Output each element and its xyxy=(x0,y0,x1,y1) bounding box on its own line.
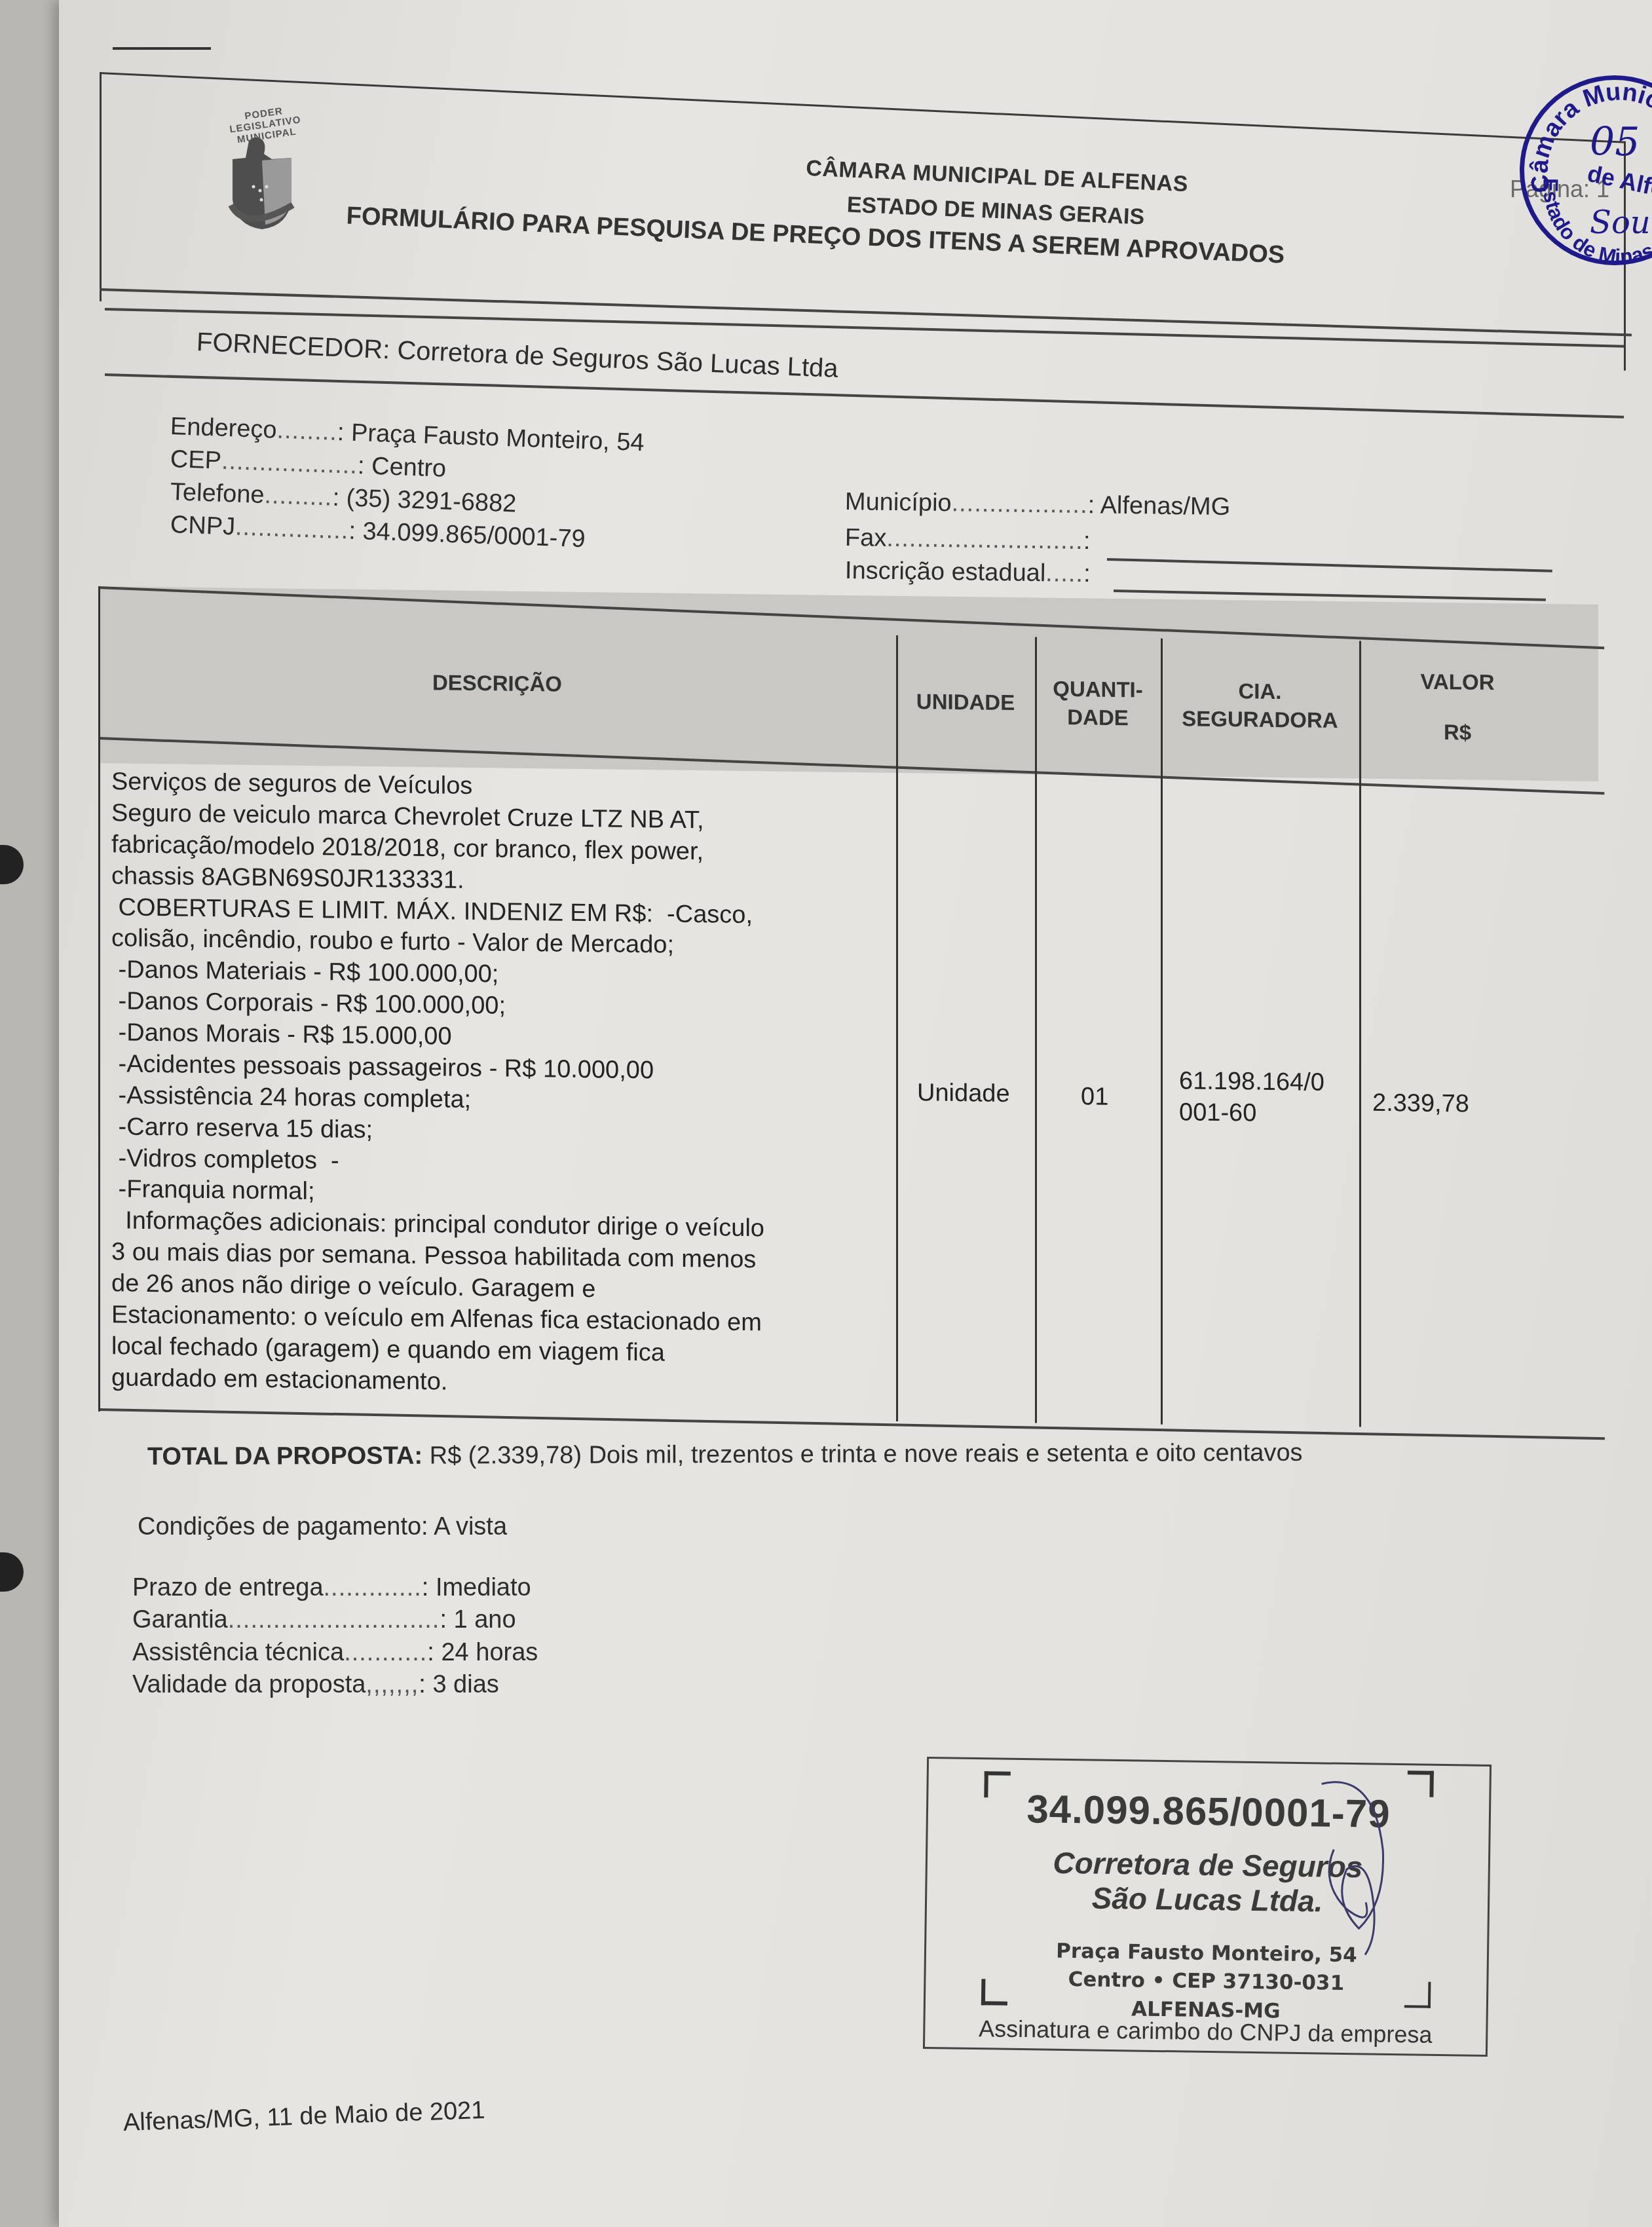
item-cia-cnpj: 61.198.164/0001-60 xyxy=(1179,1066,1324,1130)
payment-value: A vista xyxy=(434,1513,507,1541)
cnpj-value: 34.099.865/0001-79 xyxy=(362,517,586,553)
item-quantidade: 01 xyxy=(1081,1081,1108,1113)
table-left-border xyxy=(98,586,100,1412)
item-valor: 2.339,78 xyxy=(1372,1088,1469,1120)
field-municipio: Município..................: Alfenas/MG xyxy=(845,488,1231,521)
field-cnpj: CNPJ...............: 34.099.865/0001-79 xyxy=(170,511,586,553)
cep-value: Centro xyxy=(371,453,446,483)
header-quantidade: QUANTI-DADE xyxy=(1035,675,1161,732)
company-stamp-box: 34.099.865/0001-79 Corretora de Seguros … xyxy=(923,1757,1492,2057)
proposal-total: TOTAL DA PROPOSTA: R$ (2.339,78) Dois mi… xyxy=(147,1439,1303,1471)
proposal-terms: Prazo de entrega.............: Imediato … xyxy=(132,1572,538,1702)
field-fax: Fax..........................: xyxy=(845,524,1091,555)
item-unidade: Unidade xyxy=(917,1077,1010,1110)
municipio-value: Alfenas/MG xyxy=(1100,491,1230,521)
seal-signature: Sou xyxy=(1590,204,1651,241)
col-divider-quantidade xyxy=(1035,637,1037,1423)
total-value: R$ (2.339,78) Dois mil, trezentos e trin… xyxy=(430,1439,1303,1470)
top-dash-mark xyxy=(113,47,211,50)
col-divider-cia xyxy=(1161,639,1163,1425)
supplier-line: FORNECEDOR: Corretora de Seguros São Luc… xyxy=(196,327,838,384)
header-valor: VALORR$ xyxy=(1359,667,1556,748)
binder-hole-bottom xyxy=(0,1552,24,1592)
term-validade-proposta: Validade da proposta,,,,,,,: 3 dias xyxy=(132,1669,538,1701)
table-bottom-rule xyxy=(98,1408,1605,1440)
seal-page-number: 05 xyxy=(1590,119,1640,165)
supplier-name: Corretora de Seguros São Lucas Ltda xyxy=(397,336,839,383)
total-label: TOTAL DA PROPOSTA: xyxy=(147,1442,422,1470)
fax-blank-line xyxy=(1107,558,1552,572)
payment-conditions: Condições de pagamento: A vista xyxy=(138,1513,507,1541)
supplier-label: FORNECEDOR: xyxy=(196,327,390,364)
header-cia-seguradora: CIA.SEGURADORA xyxy=(1161,677,1359,735)
shield-icon xyxy=(226,134,298,233)
items-table: DESCRIÇÃO UNIDADE QUANTI-DADE CIA.SEGURA… xyxy=(98,586,1598,1430)
col-divider-unidade xyxy=(896,635,898,1421)
term-prazo-entrega: Prazo de entrega.............: Imediato xyxy=(132,1572,538,1604)
item-description: Serviços de seguros de VeículosSeguro de… xyxy=(111,766,891,1403)
header-unidade: UNIDADE xyxy=(896,688,1035,717)
municipal-seal: Câmara Municipal Estado de Minas Gerais … xyxy=(1520,75,1652,265)
signature-scribble-icon xyxy=(1293,1770,1407,1962)
field-cep: CEP..................: Centro xyxy=(170,445,447,483)
fornecedor-bottom-rule xyxy=(105,373,1624,419)
col-divider-valor xyxy=(1359,641,1361,1427)
field-inscricao-estadual: Inscrição estadual.....: xyxy=(845,557,1091,588)
document-page: PODER LEGISLATIVO MUNICIPAL CÂMARA MUNIC… xyxy=(59,0,1652,2227)
term-garantia: Garantia............................: 1 … xyxy=(132,1604,538,1636)
telefone-value: (35) 3291-6882 xyxy=(346,484,517,517)
place-date: Alfenas/MG, 11 de Maio de 2021 xyxy=(122,2097,485,2137)
binder-hole-top xyxy=(0,845,24,884)
term-assistencia-tecnica: Assistência técnica...........: 24 horas xyxy=(132,1637,538,1669)
endereco-value: Praça Fausto Monteiro, 54 xyxy=(350,419,645,457)
coat-of-arms-logo: PODER LEGISLATIVO MUNICIPAL xyxy=(197,105,328,255)
